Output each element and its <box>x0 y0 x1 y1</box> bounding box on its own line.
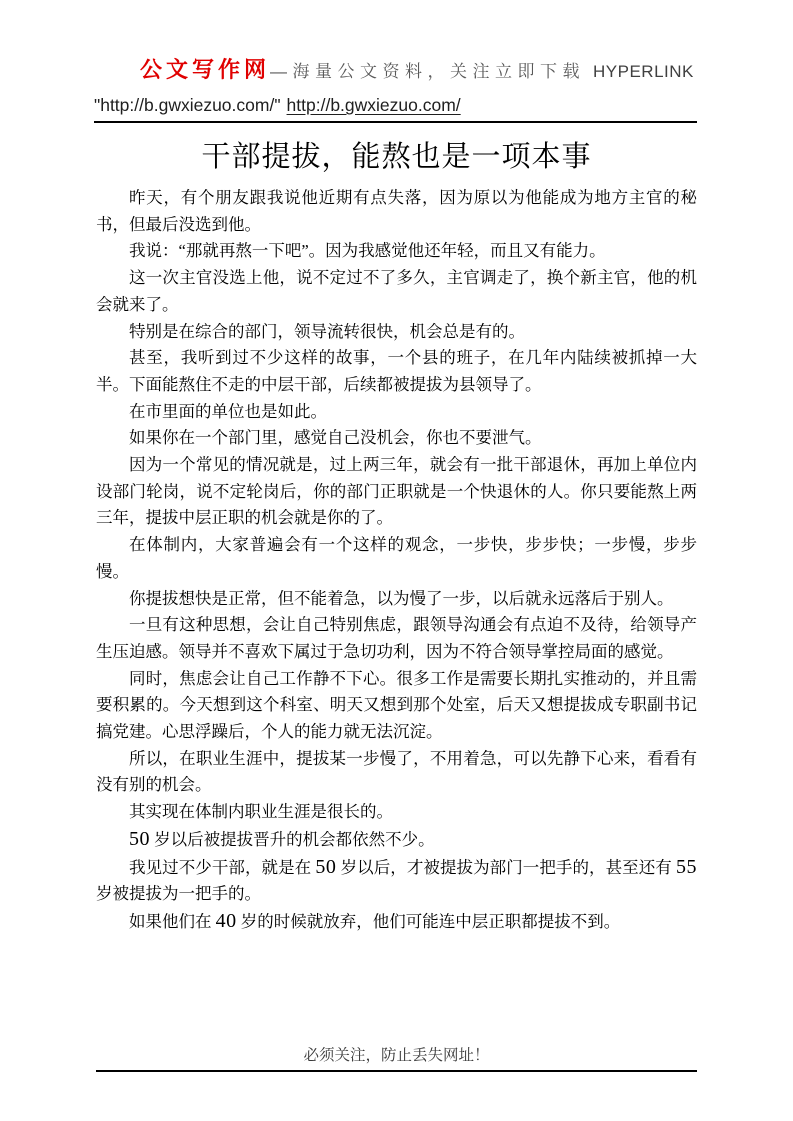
body-paragraph: 因为一个常见的情况就是，过上两三年，就会有一批干部退休，再加上单位内设部门轮岗，… <box>96 452 697 532</box>
header-url-line: "http://b.gwxiezuo.com/"http://b.gwxiezu… <box>94 94 697 116</box>
page-header: 公文写作网—海量公文资料，关注立即下载HYPERLINK "http://b.g… <box>94 54 697 123</box>
document-page: 公文写作网—海量公文资料，关注立即下载HYPERLINK "http://b.g… <box>0 0 793 1121</box>
body-paragraph: 特别是在综合的部门，领导流转很快，机会总是有的。 <box>96 319 697 346</box>
hyperlink-field-label: HYPERLINK <box>593 62 694 81</box>
body-paragraph: 在体制内，大家普遍会有一个这样的观念，一步快，步步快；一步慢，步步慢。 <box>96 532 697 585</box>
document-body: 干部提拔，能熬也是一项本事 昨天，有个朋友跟我说他近期有点失落，因为原以为他能成… <box>96 137 697 936</box>
header-tagline: —海量公文资料，关注立即下载 <box>270 62 585 81</box>
body-paragraph: 50 岁以后被提拔晋升的机会都依然不少。 <box>96 826 697 854</box>
article-text: 昨天，有个朋友跟我说他近期有点失落，因为原以为他能成为地方主官的秘书，但最后没选… <box>96 185 697 936</box>
body-paragraph: 昨天，有个朋友跟我说他近期有点失落，因为原以为他能成为地方主官的秘书，但最后没选… <box>96 185 697 238</box>
page-footer: 必须关注，防止丢失网址！ <box>96 1044 697 1072</box>
body-paragraph: 同时，焦虑会让自己工作静不下心。很多工作是需要长期扎实推动的，并且需要积累的。今… <box>96 666 697 746</box>
body-paragraph: 你提拔想快是正常，但不能着急，以为慢了一步，以后就永远落后于别人。 <box>96 586 697 613</box>
body-paragraph: 甚至，我听到过不少这样的故事，一个县的班子，在几年内陆续被抓掉一大半。下面能熬住… <box>96 345 697 398</box>
article-title: 干部提拔，能熬也是一项本事 <box>96 137 697 177</box>
body-paragraph: 我说：“那就再熬一下吧”。因为我感觉他还年轻，而且又有能力。 <box>96 238 697 265</box>
header-branding-line: 公文写作网—海量公文资料，关注立即下载HYPERLINK <box>94 54 697 88</box>
body-paragraph: 所以，在职业生涯中，提拔某一步慢了，不用着急，可以先静下心来，看看有没有别的机会… <box>96 746 697 799</box>
body-paragraph: 我见过不少干部，就是在 50 岁以后，才被提拔为部门一把手的，甚至还有 55 岁… <box>96 854 697 908</box>
footer-note: 必须关注，防止丢失网址！ <box>96 1044 697 1067</box>
url-field-code: "http://b.gwxiezuo.com/" <box>94 95 281 115</box>
site-name: 公文写作网 <box>140 57 270 82</box>
site-url-link[interactable]: http://b.gwxiezuo.com/ <box>287 95 461 115</box>
body-paragraph: 如果他们在 40 岁的时候就放弃，他们可能连中层正职都提拔不到。 <box>96 908 697 936</box>
body-paragraph: 一旦有这种思想，会让自己特别焦虑，跟领导沟通会有点迫不及待，给领导产生压迫感。领… <box>96 612 697 665</box>
body-paragraph: 在市里面的单位也是如此。 <box>96 399 697 426</box>
body-paragraph: 其实现在体制内职业生涯是很长的。 <box>96 799 697 826</box>
body-paragraph: 这一次主官没选上他，说不定过不了多久，主官调走了，换个新主官，他的机会就来了。 <box>96 265 697 318</box>
body-paragraph: 如果你在一个部门里，感觉自己没机会，你也不要泄气。 <box>96 425 697 452</box>
